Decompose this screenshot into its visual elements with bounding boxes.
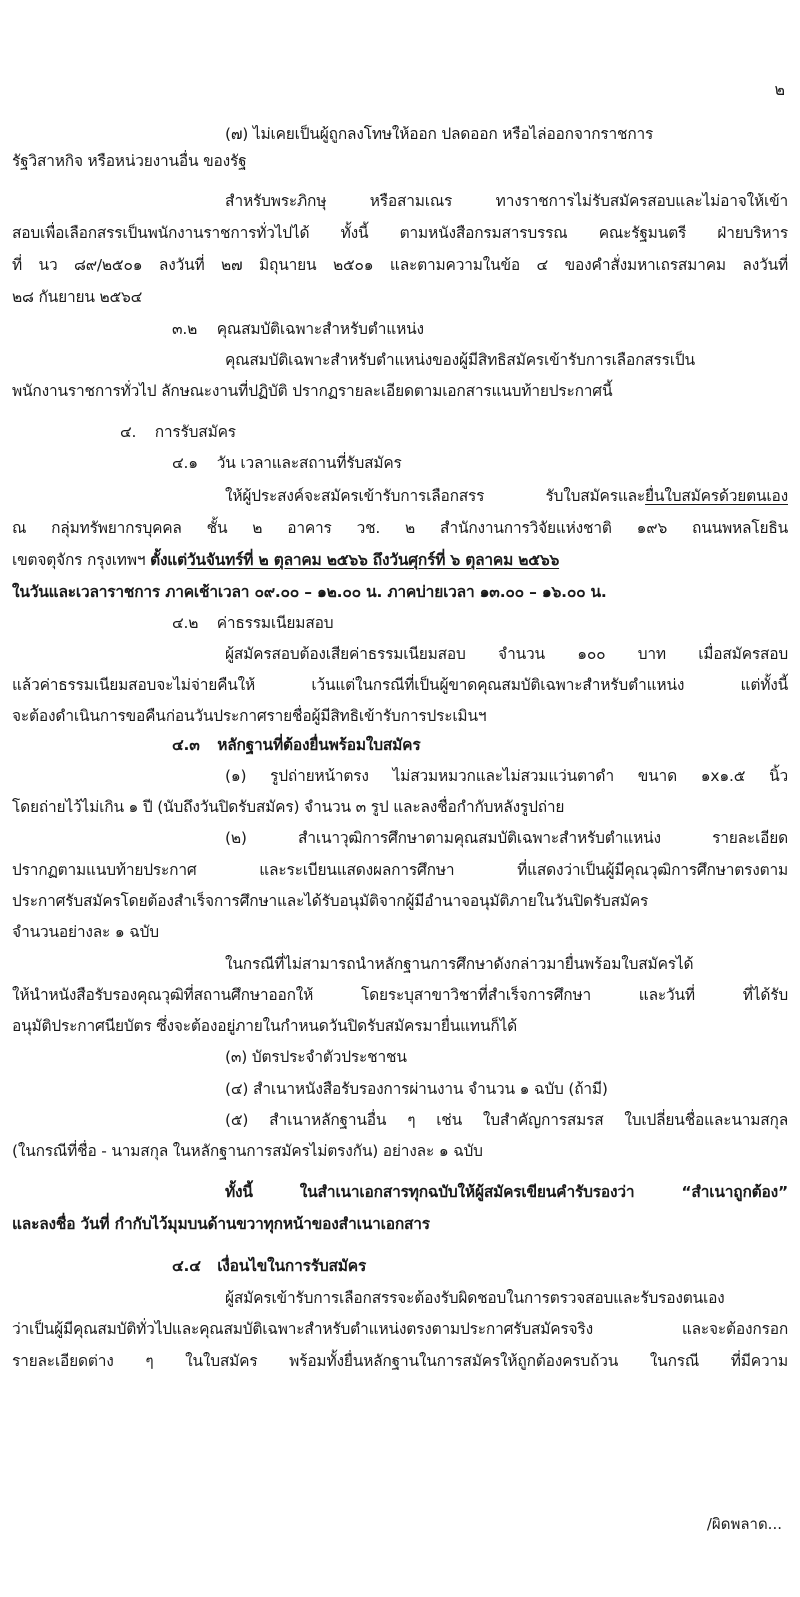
monk-clause-line-4: ๒๘ กันยายน ๒๕๖๔ (12, 286, 788, 308)
item-5-line-2: (ในกรณีที่ชื่อ - นามสกุล ในหลักฐานการสมั… (12, 1140, 788, 1162)
section-4-3-heading: ๔.๓ หลักฐานที่ต้องยื่นพร้อมใบสมัคร (172, 734, 788, 756)
item-7-line-1: (๗) ไม่เคยเป็นผู้ถูกลงโทษให้ออก ปลดออก ห… (225, 123, 788, 145)
section-number: ๔.๒ (172, 612, 212, 634)
section-4-2-heading: ๔.๒ ค่าธรรมเนียมสอบ (172, 612, 788, 634)
item-1-line-1: (๑) รูปถ่ายหน้าตรง ไม่สวมหมวกและไม่สวมแว… (225, 765, 788, 787)
alt-clause-line-2: ให้นำหนังสือรับรองคุณวุฒิที่สถานศึกษาออก… (12, 984, 788, 1006)
section-title: คุณสมบัติเฉพาะสำหรับตำแหน่ง (217, 320, 424, 338)
alt-clause-line-1: ในกรณีที่ไม่สามารถนำหลักฐานการศึกษาดังกล… (225, 953, 788, 975)
section-4-1-line-2: ณ กลุ่มทรัพยากรบุคคล ชั้น ๒ อาคาร วช. ๒ … (12, 517, 788, 539)
section-number: ๔. (120, 421, 150, 443)
item-2-line-4: จำนวนอย่างละ ๑ ฉบับ (12, 921, 788, 943)
section-4-4-line-1: ผู้สมัครเข้ารับการเลือกสรรจะต้องรับผิดชอ… (225, 1287, 788, 1309)
section-4-4-line-2: ว่าเป็นผู้มีคุณสมบัติทั่วไปและคุณสมบัติเ… (12, 1318, 788, 1340)
section-4-1-line-3: เขตจตุจักร กรุงเทพฯ ตั้งแต่วันจันทร์ที่ … (12, 549, 788, 571)
section-number: ๔.๑ (172, 452, 212, 474)
section-title: หลักฐานที่ต้องยื่นพร้อมใบสมัคร (217, 736, 420, 754)
section-title: วัน เวลาและสถานที่รับสมัคร (217, 454, 402, 472)
item-5-line-1: (๕) สำเนาหลักฐานอื่น ๆ เช่น ใบสำคัญการสม… (225, 1109, 788, 1131)
alt-clause-line-3: อนุมัติประกาศนียบัตร ซึ่งจะต้องอยู่ภายใน… (12, 1015, 788, 1037)
section-4-1-heading: ๔.๑ วัน เวลาและสถานที่รับสมัคร (172, 452, 788, 474)
section-4-1-line-4: ในวันและเวลาราชการ ภาคเช้าเวลา ๐๙.๐๐ – ๑… (12, 581, 788, 603)
item-3: (๓) บัตรประจำตัวประชาชน (225, 1046, 788, 1068)
monk-clause-line-1: สำหรับพระภิกษุ หรือสามเณร ทางราชการไม่รั… (225, 190, 788, 212)
certify-note-line-2: และลงชื่อ วันที่ กำกับไว้มุมบนด้านขวาทุก… (12, 1213, 788, 1235)
section-title: การรับสมัคร (155, 423, 236, 441)
item-1-line-2: โดยถ่ายไว้ไม่เกิน ๑ ปี (นับถึงวันปิดรับส… (12, 796, 788, 818)
item-7-line-2: รัฐวิสาหกิจ หรือหน่วยงานอื่น ของรัฐ (12, 150, 788, 172)
section-4-2-line-3: จะต้องดำเนินการขอคืนก่อนวันประกาศรายชื่อ… (12, 705, 788, 727)
section-4-4-heading: ๔.๔ เงื่อนไขในการรับสมัคร (172, 1255, 788, 1277)
text-plain: เขตจตุจักร กรุงเทพฯ (12, 551, 150, 569)
section-4-4-line-3: รายละเอียดต่าง ๆ ในใบสมัคร พร้อมทั้งยื่น… (12, 1350, 788, 1372)
section-4-2-line-2: แล้วค่าธรรมเนียมสอบจะไม่จ่ายคืนให้ เว้นแ… (12, 674, 788, 696)
section-4-2-line-1: ผู้สมัครสอบต้องเสียค่าธรรมเนียมสอบ จำนวน… (225, 643, 788, 665)
monk-clause-line-2: สอบเพื่อเลือกสรรเป็นพนักงานราชการทั่วไปไ… (12, 222, 788, 244)
page-number: ๒ (774, 78, 785, 103)
section-3-2-line-1: คุณสมบัติเฉพาะสำหรับตำแหน่งของผู้มีสิทธิ… (225, 349, 788, 371)
item-2-line-1: (๒) สำเนาวุฒิการศึกษาตามคุณสมบัติเฉพาะสำ… (225, 827, 788, 849)
monk-clause-line-3: ที่ นว ๘๙/๒๕๐๑ ลงวันที่ ๒๗ มิถุนายน ๒๕๐๑… (12, 254, 788, 276)
item-2-line-2: ปรากฏตามแนบท้ายประกาศ และระเบียนแสดงผลกา… (12, 859, 788, 881)
section-3-2-line-2: พนักงานราชการทั่วไป ลักษณะงานที่ปฏิบัติ … (12, 380, 788, 402)
section-number: ๔.๔ (172, 1255, 212, 1277)
continuation-marker: /ผิดพลาด... (707, 1512, 782, 1536)
section-title: เงื่อนไขในการรับสมัคร (217, 1257, 366, 1275)
text-plain: ให้ผู้ประสงค์จะสมัครเข้ารับการเลือกสรร ร… (225, 487, 645, 505)
section-4-1-line-1: ให้ผู้ประสงค์จะสมัครเข้ารับการเลือกสรร ร… (225, 485, 788, 507)
section-number: ๓.๒ (172, 318, 212, 340)
item-4: (๔) สำเนาหนังสือรับรองการผ่านงาน จำนวน ๑… (225, 1078, 788, 1100)
certify-note-line-1: ทั้งนี้ ในสำเนาเอกสารทุกฉบับให้ผู้สมัครเ… (225, 1181, 788, 1203)
application-period: วันจันทร์ที่ ๒ ตุลาคม ๒๕๖๖ ถึงวันศุกร์ที… (187, 551, 559, 569)
section-4-heading: ๔. การรับสมัคร (120, 421, 788, 443)
text-underlined: ยื่นใบสมัครด้วยตนเอง (645, 487, 788, 505)
item-2-line-3: ประกาศรับสมัครโดยต้องสำเร็จการศึกษาและได… (12, 890, 788, 912)
section-title: ค่าธรรมเนียมสอบ (217, 614, 334, 632)
section-3-2-heading: ๓.๒ คุณสมบัติเฉพาะสำหรับตำแหน่ง (172, 318, 788, 340)
text-bold: ตั้งแต่ (150, 551, 187, 569)
section-number: ๔.๓ (172, 734, 212, 756)
